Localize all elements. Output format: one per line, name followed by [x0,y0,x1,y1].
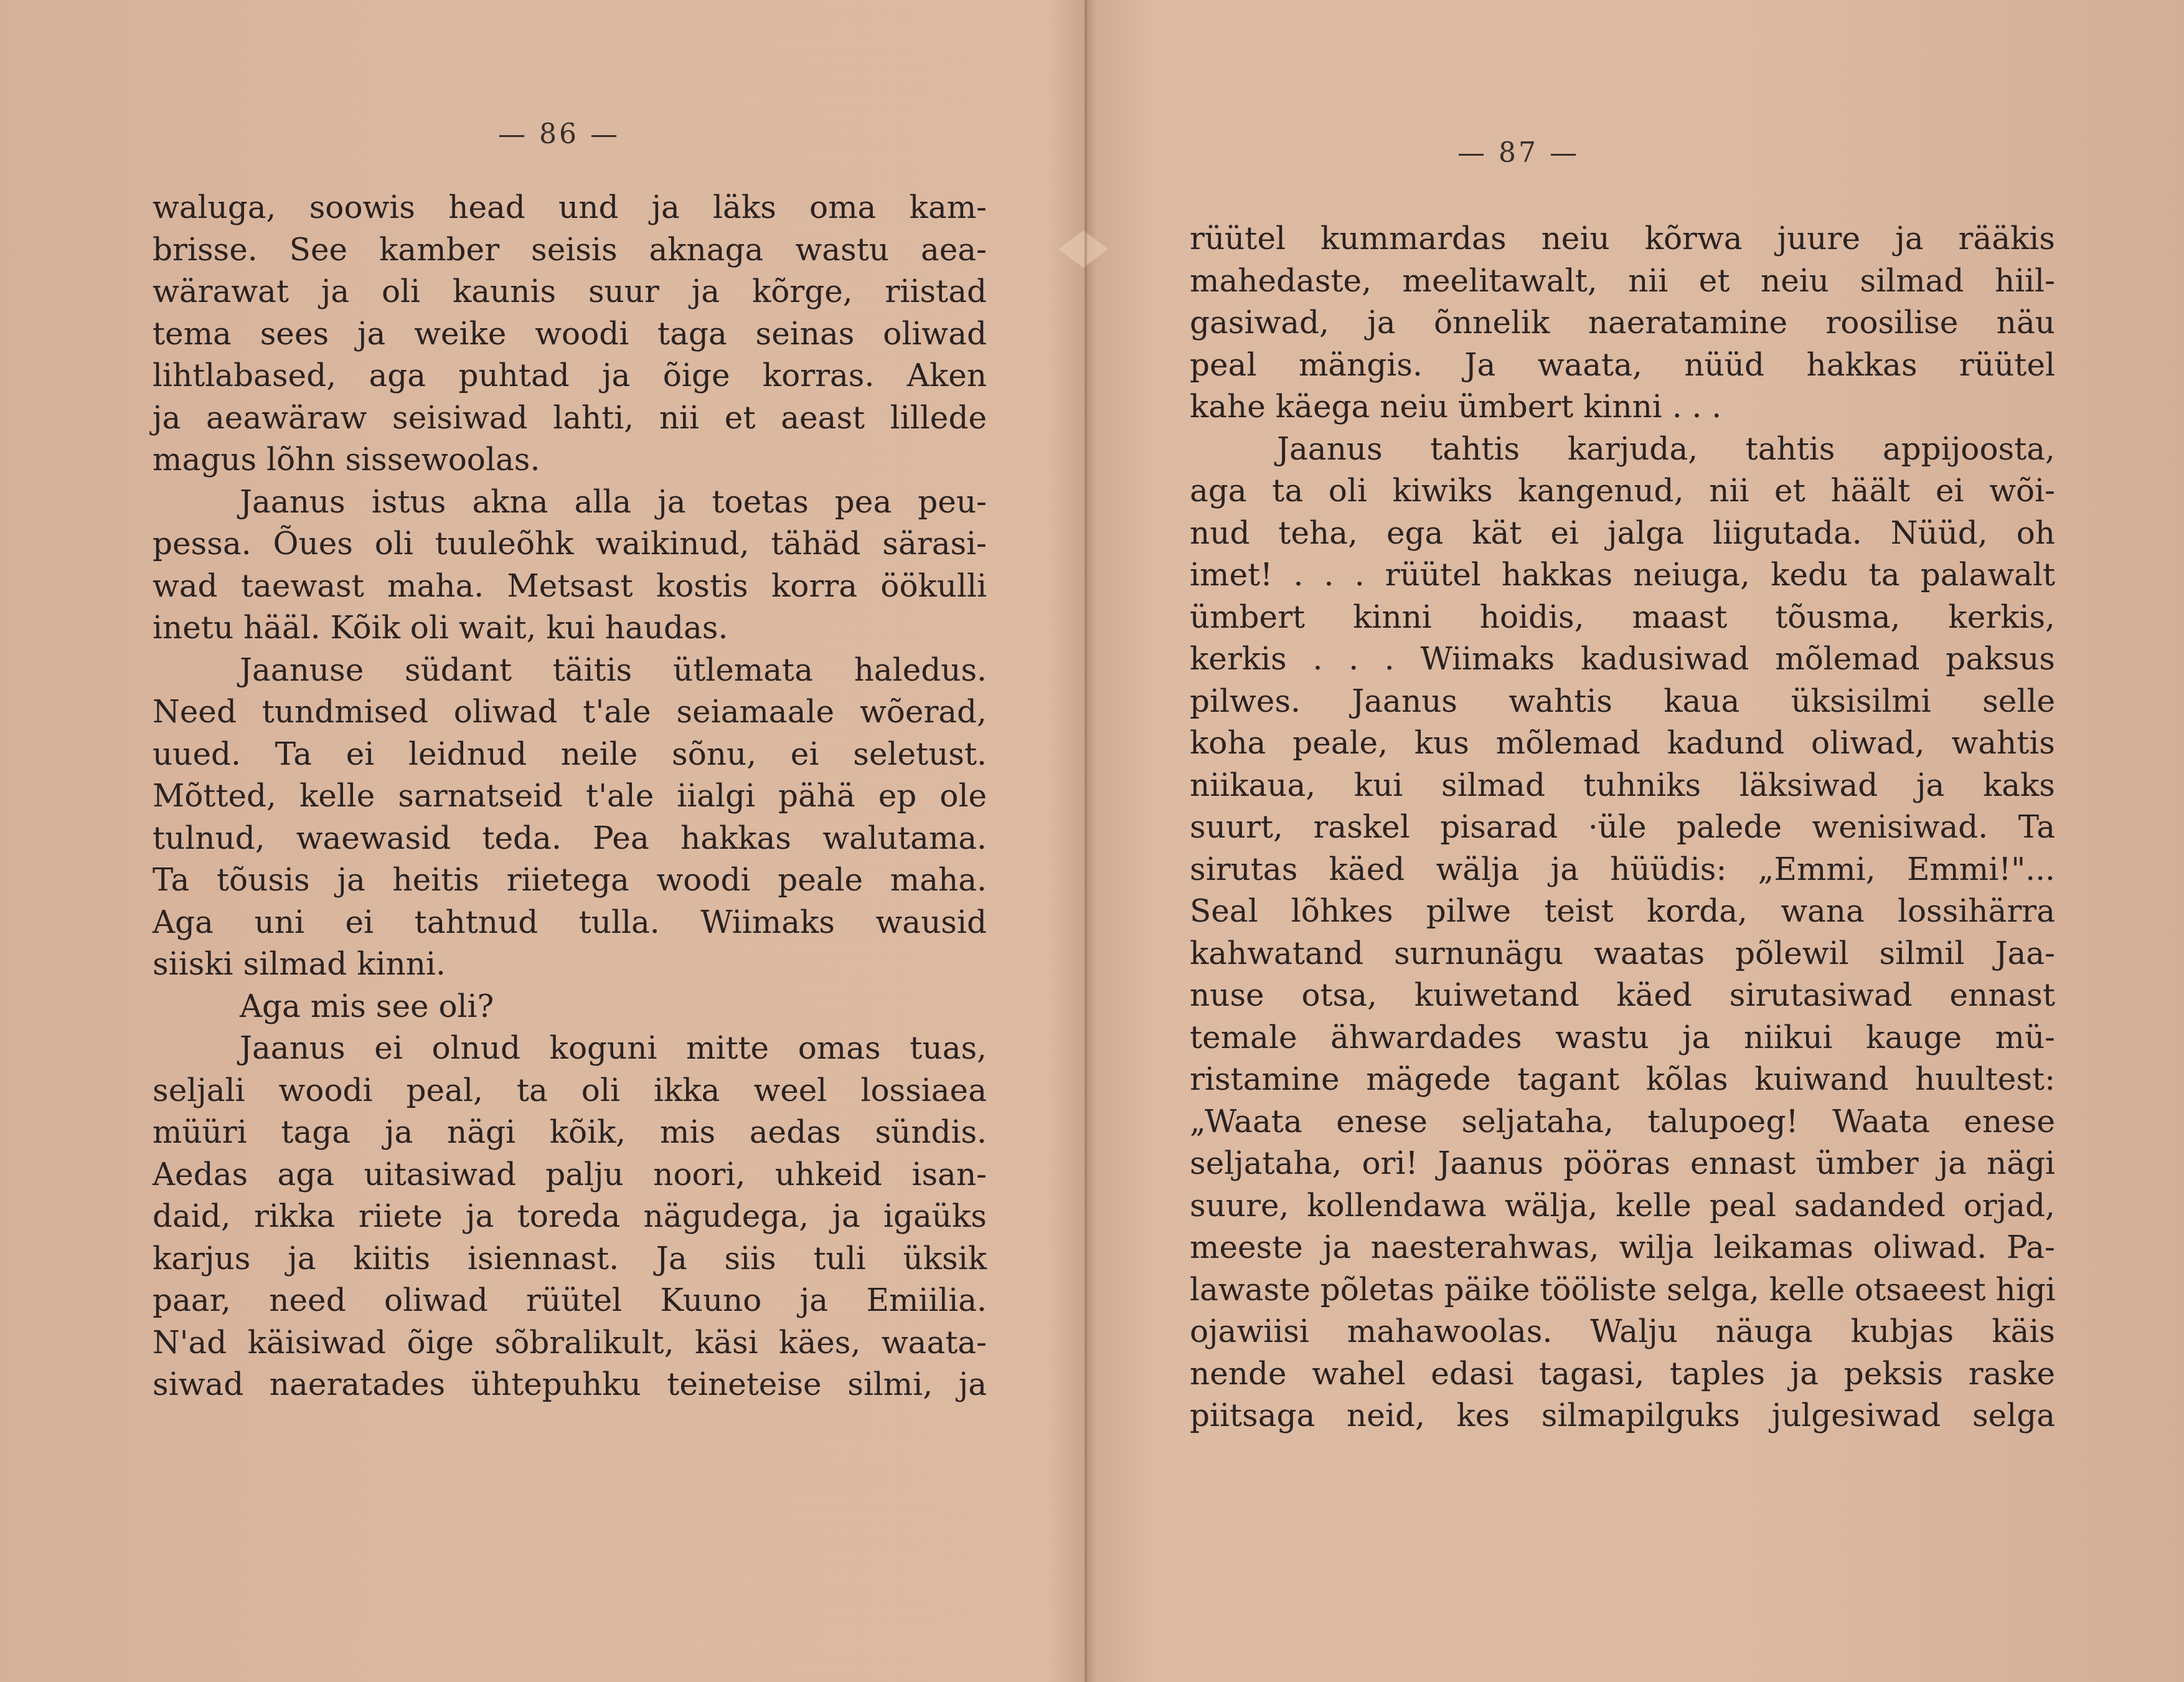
text-line-content: Aga mis see oli? [240,986,987,1028]
text-line: Ta tõusis ja heitis riietega woodi peale… [153,859,987,902]
text-line: niikaua, kui silmad tuhniks läksiwad ja … [1190,765,2055,807]
text-line-content: piitsaga neid, kes silmapilguks julgesiw… [1190,1395,2055,1437]
text-line-content: tema sees ja weike woodi taga seinas oli… [153,313,987,356]
text-line-content: nende wahel edasi tagasi, taples ja peks… [1190,1353,2055,1396]
text-line: pilwes. Jaanus wahtis kaua üksisilmi sel… [1190,681,2055,723]
text-line-content: lawaste põletas päike tööliste selga, ke… [1190,1269,2055,1311]
text-line-content: mahedaste, meelitawalt, nii et neiu silm… [1190,260,2055,303]
text-line: gasiwad, ja õnnelik naeratamine roosilis… [1190,302,2055,344]
text-line-content: kerkis . . . Wiimaks kadusiwad mõlemad p… [1190,638,2055,681]
text-line-content: karjus ja kiitis isiennast. Ja siis tuli… [153,1238,987,1280]
text-line-content: wad taewast maha. Metsast kostis korra ö… [153,565,987,608]
text-line-content: kahwatand surnunägu waatas põlewil silmi… [1190,933,2055,975]
text-line: nud teha, ega kät ei jalga liigutada. Nü… [1190,513,2055,555]
page-number-left: — 86 — [498,118,620,150]
text-line-content: Aedas aga uitasiwad palju noori, uhkeid … [153,1154,987,1196]
text-line: wärawat ja oli kaunis suur ja kõrge, rii… [153,271,987,313]
text-line: „Waata enese seljataha, talupoeg! Waata … [1190,1101,2055,1143]
text-line-content: seljataha, ori! Jaanus pööras ennast ümb… [1190,1143,2055,1185]
text-line-content: siiski silmad kinni. [153,943,987,986]
text-line: meeste ja naesterahwas, wilja leikamas o… [1190,1227,2055,1269]
text-line: seljataha, ori! Jaanus pööras ennast ümb… [1190,1143,2055,1185]
text-line-content: ojawiisi mahawoolas. Walju näuga kubjas … [1190,1311,2055,1353]
text-line-content: nuse otsa, kuiwetand käed sirutasiwad en… [1190,975,2055,1017]
text-line-content: rüütel kummardas neiu kõrwa juure ja rää… [1190,218,2055,260]
text-line-content: gasiwad, ja õnnelik naeratamine roosilis… [1190,302,2055,344]
text-line-content: nud teha, ega kät ei jalga liigutada. Nü… [1190,513,2055,555]
text-line-content: tulnud, waewasid teda. Pea hakkas waluta… [153,818,987,860]
text-line: brisse. See kamber seisis aknaga wastu a… [153,229,987,272]
text-line: inetu hääl. Kõik oli wait, kui haudas. [153,607,987,650]
text-line: rüütel kummardas neiu kõrwa juure ja rää… [1190,218,2055,260]
text-line: Jaanus istus akna alla ja toetas pea peu… [153,481,987,524]
text-line: siwad naeratades ühtepuhku teineteise si… [153,1364,987,1406]
text-line: Need tundmised oliwad t'ale seiamaale wõ… [153,691,987,734]
text-line-content: Aga uni ei tahtnud tulla. Wiimaks wausid [153,902,987,944]
text-line: Jaanuse südant täitis ütlemata haledus. [153,650,987,692]
text-line: tulnud, waewasid teda. Pea hakkas waluta… [153,818,987,860]
text-line: wad taewast maha. Metsast kostis korra ö… [153,565,987,608]
text-line-content: pessa. Õues oli tuuleõhk waikinud, tähäd… [153,523,987,565]
text-line-content: „Waata enese seljataha, talupoeg! Waata … [1190,1101,2055,1143]
text-line: siiski silmad kinni. [153,943,987,986]
text-line: Aga mis see oli? [153,986,987,1028]
text-line-content: siwad naeratades ühtepuhku teineteise si… [153,1364,987,1406]
text-line: lawaste põletas päike tööliste selga, ke… [1190,1269,2055,1311]
text-line: nuse otsa, kuiwetand käed sirutasiwad en… [1190,975,2055,1017]
text-line: paar, need oliwad rüütel Kuuno ja Emiili… [153,1280,987,1322]
text-line: kahwatand surnunägu waatas põlewil silmi… [1190,933,2055,975]
text-line-content: ja aeawäraw seisiwad lahti, nii et aeast… [153,397,987,440]
book-spread: — 86 — waluga, soowis head und ja läks o… [0,0,2184,1682]
text-line-content: Jaanus ei olnud koguni mitte omas tuas, [240,1028,987,1070]
text-line: temale ähwardades wastu ja niikui kauge … [1190,1017,2055,1059]
text-line-content: brisse. See kamber seisis aknaga wastu a… [153,229,987,272]
text-line-content: paar, need oliwad rüütel Kuuno ja Emiili… [153,1280,987,1322]
text-line: N'ad käisiwad õige sõbralikult, käsi käe… [153,1322,987,1364]
text-line: uued. Ta ei leidnud neile sõnu, ei selet… [153,734,987,776]
text-line: Jaanus tahtis karjuda, tahtis appijoosta… [1190,428,2055,471]
text-line-content: magus lõhn sissewoolas. [153,439,987,481]
text-line-content: peal mängis. Ja waata, nüüd hakkas rüüte… [1190,344,2055,387]
text-line: kerkis . . . Wiimaks kadusiwad mõlemad p… [1190,638,2055,681]
text-line: ristamine mägede tagant kõlas kuiwand hu… [1190,1059,2055,1101]
text-line: peal mängis. Ja waata, nüüd hakkas rüüte… [1190,344,2055,387]
text-line-content: suure, kollendawa wälja, kelle peal sada… [1190,1185,2055,1227]
text-line: müüri taga ja nägi kõik, mis aedas sündi… [153,1112,987,1154]
text-line: piitsaga neid, kes silmapilguks julgesiw… [1190,1395,2055,1437]
text-line-content: Need tundmised oliwad t'ale seiamaale wõ… [153,691,987,734]
text-line: ja aeawäraw seisiwad lahti, nii et aeast… [153,397,987,440]
text-line: daid, rikka riiete ja toreda nägudega, j… [153,1196,987,1238]
text-line-content: aga ta oli kiwiks kangenud, nii et häält… [1190,470,2055,513]
text-line-content: sirutas käed wälja ja hüüdis: „Emmi, Emm… [1190,849,2055,891]
text-line: Seal lõhkes pilwe teist korda, wana loss… [1190,891,2055,933]
text-line-content: Jaanus tahtis karjuda, tahtis appijoosta… [1277,428,2055,471]
text-line: suurt, raskel pisarad ·üle palede wenisi… [1190,806,2055,849]
text-line-content: wärawat ja oli kaunis suur ja kõrge, rii… [153,271,987,313]
text-line: Aga uni ei tahtnud tulla. Wiimaks wausid [153,902,987,944]
text-line-content: Seal lõhkes pilwe teist korda, wana loss… [1190,891,2055,933]
left-page-body: waluga, soowis head und ja läks oma kam-… [153,187,987,1406]
text-line: pessa. Õues oli tuuleõhk waikinud, tähäd… [153,523,987,565]
text-line-content: suurt, raskel pisarad ·üle palede wenisi… [1190,806,2055,849]
right-page-body: rüütel kummardas neiu kõrwa juure ja rää… [1190,218,2055,1437]
text-line-content: pilwes. Jaanus wahtis kaua üksisilmi sel… [1190,681,2055,723]
text-line: nende wahel edasi tagasi, taples ja peks… [1190,1353,2055,1396]
text-line-content: N'ad käisiwad õige sõbralikult, käsi käe… [153,1322,987,1364]
text-line: waluga, soowis head und ja läks oma kam- [153,187,987,229]
text-line-content: ristamine mägede tagant kõlas kuiwand hu… [1190,1059,2055,1101]
text-line-content: lihtlabased, aga puhtad ja õige korras. … [153,355,987,397]
text-line-content: kahe käega neiu ümbert kinni . . . [1190,386,2055,428]
text-line: Aedas aga uitasiwad palju noori, uhkeid … [153,1154,987,1196]
text-line-content: niikaua, kui silmad tuhniks läksiwad ja … [1190,765,2055,807]
text-line-content: ümbert kinni hoidis, maast tõusma, kerki… [1190,597,2055,639]
text-line: suure, kollendawa wälja, kelle peal sada… [1190,1185,2055,1227]
text-line: magus lõhn sissewoolas. [153,439,987,481]
text-line-content: temale ähwardades wastu ja niikui kauge … [1190,1017,2055,1059]
text-line: sirutas käed wälja ja hüüdis: „Emmi, Emm… [1190,849,2055,891]
text-line: lihtlabased, aga puhtad ja õige korras. … [153,355,987,397]
text-line: ojawiisi mahawoolas. Walju näuga kubjas … [1190,1311,2055,1353]
text-line-content: inetu hääl. Kõik oli wait, kui haudas. [153,607,987,650]
text-line: Jaanus ei olnud koguni mitte omas tuas, [153,1028,987,1070]
text-line: ümbert kinni hoidis, maast tõusma, kerki… [1190,597,2055,639]
text-line-content: seljali woodi peal, ta oli ikka weel los… [153,1070,987,1112]
text-line: kahe käega neiu ümbert kinni . . . [1190,386,2055,428]
text-line-content: imet! . . . rüütel hakkas neiuga, kedu t… [1190,554,2055,597]
text-line-content: Jaanuse südant täitis ütlemata haledus. [240,650,987,692]
left-page: — 86 — waluga, soowis head und ja läks o… [0,0,1085,1682]
text-line: mahedaste, meelitawalt, nii et neiu silm… [1190,260,2055,303]
text-line: seljali woodi peal, ta oli ikka weel los… [153,1070,987,1112]
text-line-content: waluga, soowis head und ja läks oma kam- [153,187,987,229]
text-line: koha peale, kus mõlemad kadund oliwad, w… [1190,722,2055,765]
text-line-content: Ta tõusis ja heitis riietega woodi peale… [153,859,987,902]
text-line: imet! . . . rüütel hakkas neiuga, kedu t… [1190,554,2055,597]
text-line-content: daid, rikka riiete ja toreda nägudega, j… [153,1196,987,1238]
text-line-content: uued. Ta ei leidnud neile sõnu, ei selet… [153,734,987,776]
text-line-content: meeste ja naesterahwas, wilja leikamas o… [1190,1227,2055,1269]
text-line: Mõtted, kelle sarnatseid t'ale iialgi pä… [153,775,987,818]
page-number-right: — 87 — [1457,137,1579,169]
text-line-content: koha peale, kus mõlemad kadund oliwad, w… [1190,722,2055,765]
text-line: karjus ja kiitis isiennast. Ja siis tuli… [153,1238,987,1280]
text-line: aga ta oli kiwiks kangenud, nii et häält… [1190,470,2055,513]
text-line-content: Mõtted, kelle sarnatseid t'ale iialgi pä… [153,775,987,818]
right-page: — 87 — rüütel kummardas neiu kõrwa juure… [1087,0,2184,1682]
text-line: tema sees ja weike woodi taga seinas oli… [153,313,987,356]
text-line-content: Jaanus istus akna alla ja toetas pea peu… [240,481,987,524]
text-line-content: müüri taga ja nägi kõik, mis aedas sündi… [153,1112,987,1154]
